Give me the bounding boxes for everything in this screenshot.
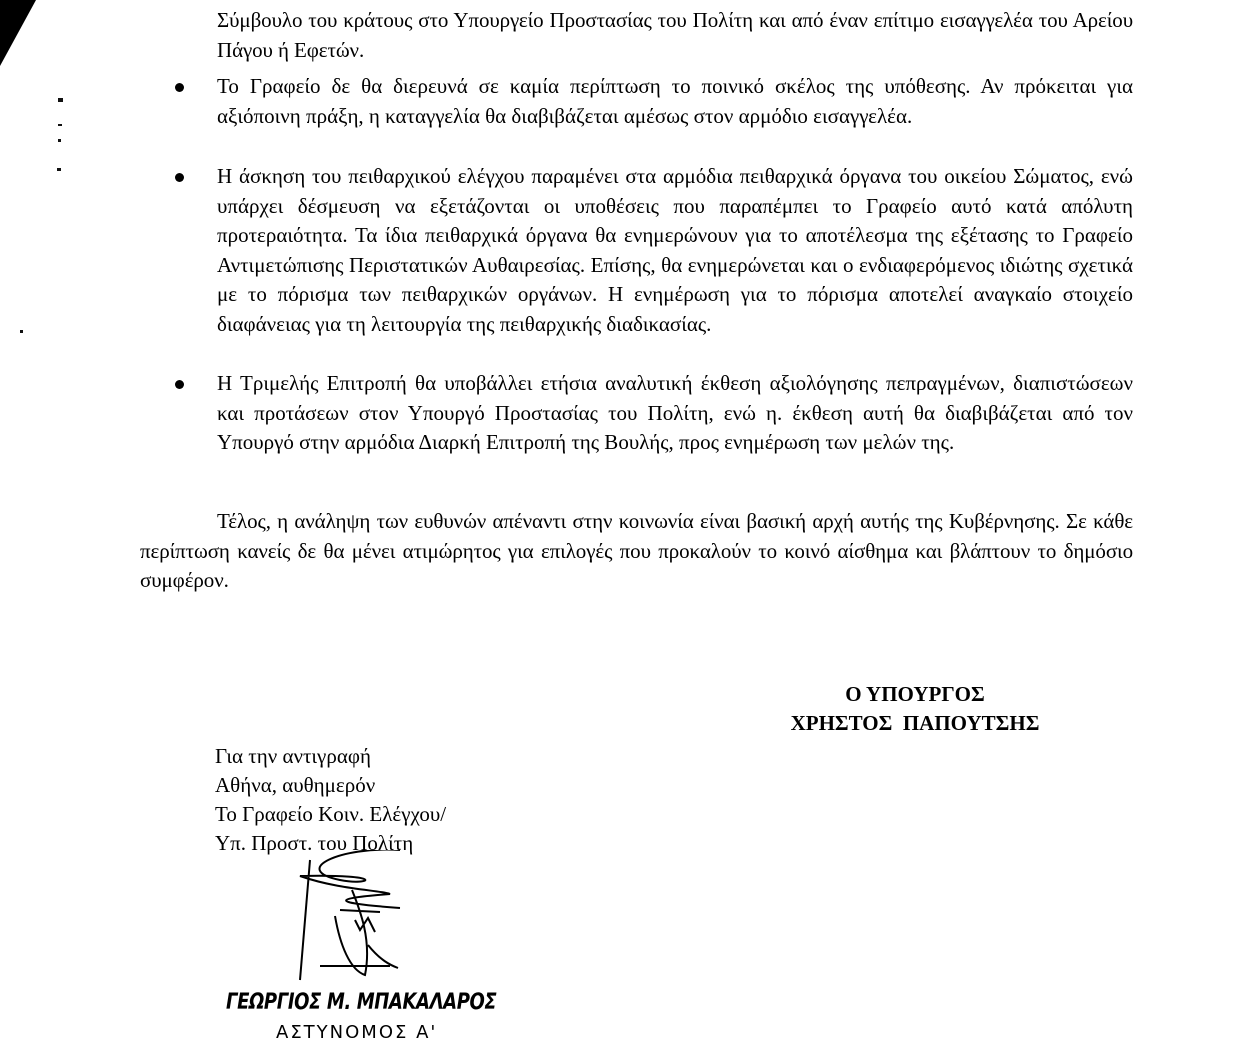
minister-title: Ο ΥΠΟΥΡΓΟΣ [755, 680, 1075, 709]
copy-line: Για την αντιγραφή [215, 742, 446, 771]
margin-mark [57, 168, 61, 171]
margin-mark [58, 139, 61, 142]
stamp-name: ΓΕΩΡΓΙΟΣ Μ. ΜΠΑΚΑΛΑΡΟΣ [226, 990, 496, 1015]
bullet-icon [175, 83, 184, 92]
bullet-text: Το Γραφείο δε θα διερευνά σε καμία περίπ… [217, 74, 1133, 128]
handwritten-signature [280, 850, 420, 990]
minister-name: ΧΡΗΣΤΟΣ ΠΑΠΟΥΤΣΗΣ [755, 709, 1075, 738]
copy-attestation: Για την αντιγραφή Αθήνα, αυθημερόν Το Γρ… [215, 742, 446, 858]
minister-signature-block: Ο ΥΠΟΥΡΓΟΣ ΧΡΗΣΤΟΣ ΠΑΠΟΥΤΣΗΣ [755, 680, 1075, 738]
margin-mark [58, 98, 63, 102]
copy-line: Αθήνα, αυθημερόν [215, 771, 446, 800]
bullet-icon [175, 173, 184, 182]
closing-paragraph: Τέλος, η ανάληψη των ευθυνών απέναντι στ… [140, 507, 1133, 596]
bullet-icon [175, 380, 184, 389]
bullet-item: Η άσκηση του πειθαρχικού ελέγχου παραμέν… [217, 162, 1133, 339]
bullet-text: Η άσκηση του πειθαρχικού ελέγχου παραμέν… [217, 164, 1133, 336]
copy-line: Το Γραφείο Κοιν. Ελέγχου/ [215, 800, 446, 829]
bullet-item: Η Τριμελής Επιτροπή θα υποβάλλει ετήσια … [217, 369, 1133, 458]
continuation-paragraph: Σύμβουλο του κράτους στο Υπουργείο Προστ… [217, 6, 1133, 65]
margin-mark [58, 124, 62, 126]
scan-corner-shadow [0, 0, 36, 66]
stamp-rank: ΑΣΤΥΝΟΜΟΣ Α' [276, 1022, 437, 1043]
margin-mark [20, 330, 23, 333]
bullet-text: Η Τριμελής Επιτροπή θα υποβάλλει ετήσια … [217, 371, 1133, 454]
bullet-item: Το Γραφείο δε θα διερευνά σε καμία περίπ… [217, 72, 1133, 131]
